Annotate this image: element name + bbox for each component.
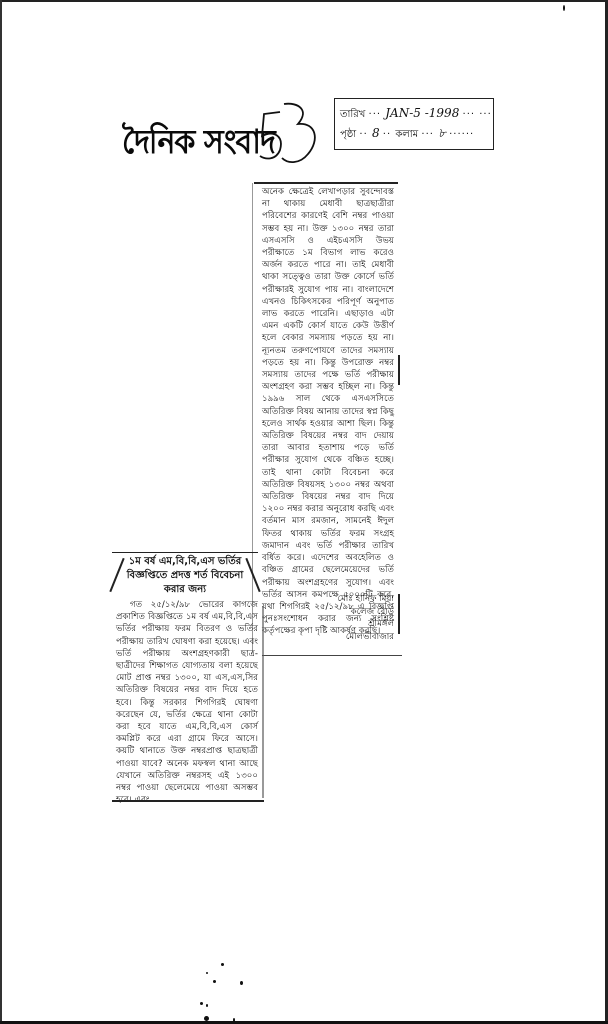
newspaper-masthead: দৈনিক সংবাদ bbox=[122, 115, 275, 171]
letter-continuation-column: অনেক ক্ষেত্রেই লেখাপড়ার সুবন্দোবস্ত না … bbox=[262, 186, 394, 638]
stamp-column-value: ৮ bbox=[438, 126, 446, 140]
stamp-page-value: 8 bbox=[372, 126, 380, 140]
signature-address-3: মৌলভীবাজার bbox=[300, 631, 394, 644]
scan-edge-top bbox=[0, 0, 608, 2]
stamp-date-row: তারিখ ··· JAN-5 -1998 ··· ··· bbox=[340, 104, 488, 124]
signature-address-1: কলেজ রোড bbox=[300, 606, 394, 619]
stamp-date-label: তারিখ bbox=[340, 109, 365, 120]
clipping-cut-edge bbox=[262, 606, 264, 798]
signature-address-2: শ্রীমঙ্গল bbox=[300, 618, 394, 631]
letter-headline: ১ম বর্ষ এম,বি,বি,এস ভর্তির বিজ্ঞপ্তিতে প… bbox=[112, 555, 258, 597]
signature-name: মোঃ হানিফ মিয়া bbox=[300, 593, 394, 606]
clipping-bottom-rule bbox=[112, 800, 264, 802]
letter-continuation-text: অনেক ক্ষেত্রেই লেখাপড়ার সুবন্দোবস্ত না … bbox=[262, 186, 394, 638]
column-rule bbox=[398, 355, 400, 385]
stamp-page-row: পৃষ্ঠা ·· 8 ·· কলাম ··· ৮ ······ bbox=[340, 124, 488, 144]
letter-start-text: গত ২৫/১২/৯৮ ভোরের কাগজে প্রকাশিত বিজ্ঞপ্… bbox=[116, 599, 258, 806]
scan-edge-left bbox=[0, 0, 2, 1024]
column-rule bbox=[398, 594, 400, 634]
archive-date-stamp: তারিখ ··· JAN-5 -1998 ··· ··· পৃষ্ঠা ·· … bbox=[334, 98, 494, 150]
handwritten-archive-number: 53 bbox=[258, 100, 328, 170]
clipping-top-rule bbox=[254, 182, 398, 184]
clipping-bottom-rule bbox=[262, 655, 402, 656]
stamp-page-label: পৃষ্ঠা bbox=[340, 129, 356, 140]
stamp-date-value: JAN-5 -1998 bbox=[385, 106, 459, 120]
letter-signature: মোঃ হানিফ মিয়া কলেজ রোড শ্রীমঙ্গল মৌলভী… bbox=[300, 593, 394, 643]
letter-start-column: গত ২৫/১২/৯৮ ভোরের কাগজে প্রকাশিত বিজ্ঞপ্… bbox=[116, 599, 258, 806]
stamp-column-label: কলাম bbox=[395, 129, 418, 140]
letter-headline-box: ১ম বর্ষ এম,বি,বি,এস ভর্তির বিজ্ঞপ্তিতে প… bbox=[112, 552, 258, 597]
